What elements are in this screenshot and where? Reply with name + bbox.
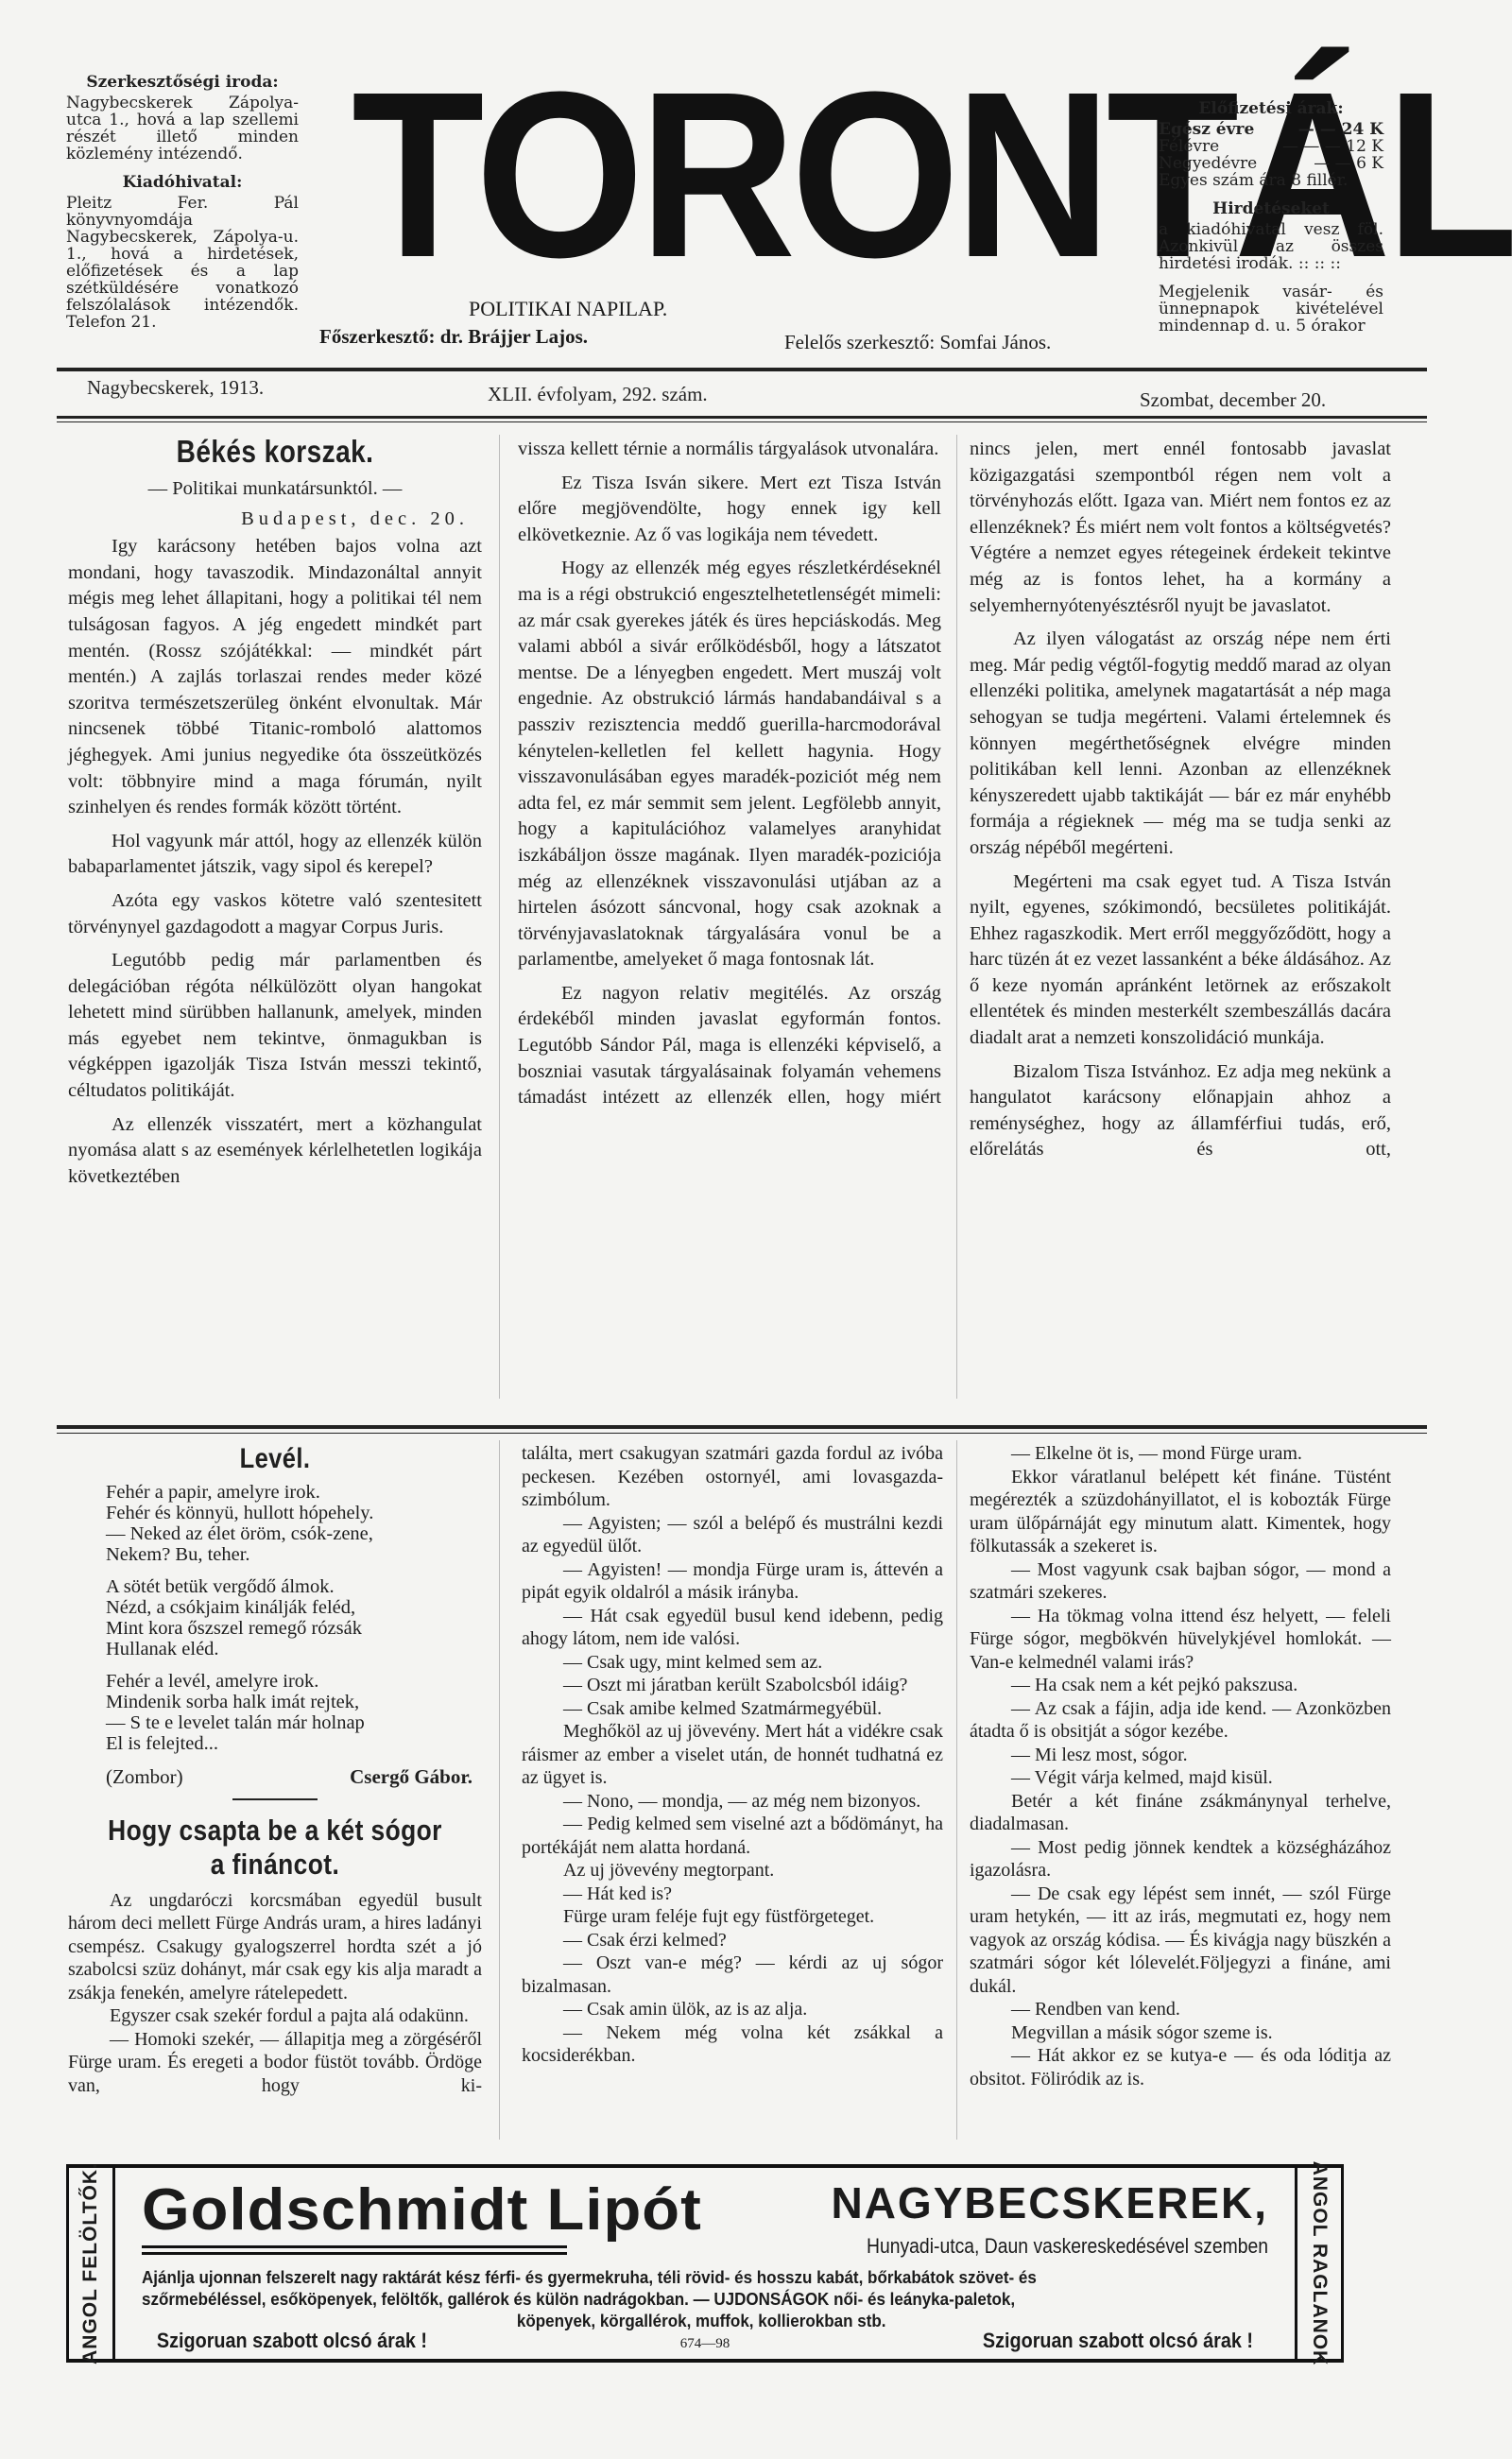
poem-place: (Zombor) (106, 1765, 183, 1789)
subscription-row: Félévre— — — 12 K (1159, 138, 1383, 155)
paragraph: — Csak ugy, mint kelmed sem az. (522, 1651, 943, 1675)
paragraph: vissza kellett térnie a normális tárgyal… (518, 437, 941, 463)
publication-schedule: Megjelenik vasár- és ünnepnapok kivételé… (1159, 284, 1383, 335)
paragraph: — Pedig kelmed sem viselné azt a bődömán… (522, 1813, 943, 1859)
ad-double-rule (142, 2245, 567, 2255)
paragraph: — Csak amibe kelmed Szatmármegyébül. (522, 1697, 943, 1721)
paragraph: Egyszer csak szekér fordul a pajta alá o… (68, 2004, 482, 2028)
paragraph: — De csak egy lépést sem innét, — szól F… (970, 1883, 1391, 1999)
paragraph: találta, mert csakugyan szatmári gazda f… (522, 1442, 943, 1512)
paragraph: — Most pedig jönnek kendtek a községházá… (970, 1836, 1391, 1883)
poem-title: Levél. (99, 1440, 451, 1478)
ad-line: szőrmebéléssel, esőköpenyek, felöltők, g… (142, 2288, 1261, 2310)
paragraph: Az uj jövevény megtorpant. (522, 1859, 943, 1883)
paragraph: — Elkelne öt is, — mond Fürge uram. (970, 1442, 1391, 1466)
lower-col1: Levél. Fehér a papir, amelyre irok. Fehé… (68, 1440, 482, 2097)
single-issue-price: Egyes szám ára 8 fillér. (1159, 172, 1383, 189)
responsible-editor: Felelős szerkesztő: Somfai János. (784, 331, 1051, 354)
volume-issue: XLII. évfolyam, 292. szám. (488, 383, 708, 406)
paragraph: Megérteni ma csak egyet tud. A Tisza Ist… (970, 869, 1391, 1052)
poem-signature: (Zombor) Csergő Gábor. (68, 1765, 482, 1789)
paragraph: — Csak érzi kelmed? (522, 1929, 943, 1952)
ad-description: Ajánlja ujonnan felszerelt nagy raktárát… (142, 2266, 1261, 2331)
paragraph: Az ilyen válogatást az ország népe nem é… (970, 627, 1391, 861)
article-main-col2: vissza kellett térnie a normális tárgyal… (518, 437, 941, 1119)
ad-body: Goldschmidt Lipót NAGYBECSKEREK, Hunyadi… (142, 2168, 1268, 2359)
chief-editor: Főszerkesztő: dr. Brájjer Lajos. (319, 325, 588, 349)
article-main-col3: nincs jelen, mert ennél fontosabb javasl… (970, 437, 1391, 1171)
column-divider (499, 1440, 500, 2140)
paragraph: — Most vagyunk csak bajban sógor, — mond… (970, 1558, 1391, 1605)
column-divider (956, 435, 957, 1399)
paragraph: — Végit várja kelmed, majd kisül. (970, 1766, 1391, 1790)
paragraph: Bizalom Tisza Istvánhoz. Ez adja meg nek… (970, 1059, 1391, 1163)
section-rule (57, 1425, 1427, 1429)
subscription-row: Egész évre— — 24 K (1159, 121, 1383, 138)
paragraph: — Nono, — mondja, — az még nem bizonyos. (522, 1790, 943, 1814)
article-main-col1: Békés korszak. — Politikai munkatársunkt… (68, 433, 482, 1197)
editorial-office-box: Szerkesztőségi iroda: Nagybecskerek Zápo… (66, 74, 299, 342)
paragraph: — Agyisten; — szól a belépő és mustrálni… (522, 1512, 943, 1558)
paragraph: nincs jelen, mert ennél fontosabb javasl… (970, 437, 1391, 619)
ad-right-band: ANGOL RAGLANOK (1295, 2168, 1344, 2359)
subscription-title: Előfizetési árak: (1159, 100, 1383, 117)
paragraph: Betér a két fináne zsákmánynyal terhelve… (970, 1790, 1391, 1836)
short-divider (232, 1798, 318, 1800)
paragraph: Meghőköl az uj jövevény. Mert hát a vidé… (522, 1720, 943, 1790)
paragraph: Igy karácsony hetében bajos volna azt mo… (68, 534, 482, 821)
column-divider (499, 435, 500, 1399)
story-col2: találta, mert csakugyan szatmári gazda f… (522, 1442, 943, 2068)
paragraph: — Mi lesz most, sógor. (970, 1744, 1391, 1767)
story-title: Hogy csapta be a két sógor a fináncot. (99, 1814, 451, 1882)
paragraph: — Homoki szekér, — állapitja meg a zörgé… (68, 2028, 482, 2098)
paragraph: — Rendben van kend. (970, 1998, 1391, 2021)
paragraph: — Agyisten! — mondja Fürge uram is, átte… (522, 1558, 943, 1605)
poem-stanza: Fehér a papir, amelyre irok. Fehér és kö… (106, 1482, 482, 1565)
subscription-row: Negyedévre— — 6 K (1159, 155, 1383, 172)
masthead-title: TORONTÁL (352, 76, 1064, 274)
paragraph: Megvillan a másik sógor szeme is. (970, 2021, 1391, 2045)
poem-body: Fehér a papir, amelyre irok. Fehér és kö… (68, 1482, 482, 1754)
ad-left-vertical-text: ANGOL FELÖLTŐK. (79, 2162, 102, 2364)
paragraph: Ez Tisza Isván sikere. Mert ezt Tisza Is… (518, 471, 941, 549)
ad-code: 674—98 (680, 2336, 730, 2352)
paragraph: — Hát csak egyedül busul kend idebenn, p… (522, 1605, 943, 1651)
paragraph: Azóta egy vaskos kötetre való szentesite… (68, 888, 482, 940)
section-rule-thin (57, 1433, 1427, 1434)
paragraph: Ekkor váratlanul belépett két fináne. Tü… (970, 1466, 1391, 1558)
ad-slogan-right: Szigoruan szabott olcsó árak ! (983, 2329, 1253, 2353)
poem-stanza: A sötét betük vergődő álmok. Nézd, a csó… (106, 1576, 482, 1659)
paragraph: Az ungdaróczi korcsmában egyedül busult … (68, 1889, 482, 2005)
article-byline: — Politikai munkatársunktól. — (68, 476, 482, 503)
header-rule-bottom (57, 416, 1427, 419)
subscription-box: Előfizetési árak: Egész évre— — 24 K Fél… (1159, 100, 1383, 335)
paragraph: Ez nagyon relativ megitélés. Az ország é… (518, 981, 941, 1111)
ad-brand-name: Goldschmidt Lipót (142, 2177, 702, 2244)
paragraph: — Az csak a fájin, adja ide kend. — Azon… (970, 1697, 1391, 1744)
ad-address: Hunyadi-utca, Daun vaskereskedésével sze… (867, 2234, 1268, 2259)
paragraph: Fürge uram feléje fujt egy füstförgetege… (522, 1905, 943, 1929)
ad-footer: Szigoruan szabott olcsó árak ! 674—98 Sz… (142, 2329, 1268, 2353)
ad-slogan-left: Szigoruan szabott olcsó árak ! (157, 2329, 427, 2353)
masthead-subtitle: POLITIKAI NAPILAP. (469, 297, 667, 321)
header-rule-thin (57, 421, 1427, 422)
story-col3: — Elkelne öt is, — mond Fürge uram. Ekko… (970, 1442, 1391, 2090)
ads-info-text: a kiadóhivatal vesz föl. Azonkivül az ös… (1159, 221, 1383, 272)
place-year: Nagybecskerek, 1913. (87, 376, 264, 400)
advertisement-box: ANGOL FELÖLTŐK. Goldschmidt Lipót NAGYBE… (66, 2164, 1344, 2363)
paragraph: — Oszt van-e még? — kérdi az uj sógor bi… (522, 1952, 943, 1998)
paragraph: — Oszt mi járatban került Szabolcsból id… (522, 1674, 943, 1697)
paragraph: — Ha csak nem a két pejkó pakszusa. (970, 1674, 1391, 1697)
article-title: Békés korszak. (99, 433, 451, 471)
article-dateline: Budapest, dec. 20. (68, 507, 482, 533)
issue-date: Szombat, december 20. (1140, 388, 1326, 412)
header-rule-top (57, 368, 1427, 371)
editorial-office-title: Szerkesztőségi iroda: (66, 74, 299, 91)
editorial-office-text: Nagybecskerek Zápolya-utca 1., hová a la… (66, 95, 299, 163)
paragraph: Az ellenzék visszatért, mert a közhangul… (68, 1112, 482, 1191)
ads-info-title: Hirdetéseket (1159, 200, 1383, 217)
column-divider (956, 1440, 957, 2140)
paragraph: — Hát akkor ez se kutya-e — és oda lódit… (970, 2044, 1391, 2090)
ad-city: NAGYBECSKEREK, (831, 2179, 1268, 2227)
paragraph: Hol vagyunk már attól, hogy az ellenzék … (68, 829, 482, 881)
ad-line: Ajánlja ujonnan felszerelt nagy raktárát… (142, 2266, 1261, 2288)
publishing-office-text: Pleitz Fer. Pál könyvnyomdája Nagybecske… (66, 195, 299, 331)
ad-left-band: ANGOL FELÖLTŐK. (66, 2168, 115, 2359)
paragraph: — Ha tökmag volna ittend ész helyett, — … (970, 1605, 1391, 1675)
paragraph: Legutóbb pedig már parlamentben és deleg… (68, 948, 482, 1105)
paragraph: — Nekem még volna két zsákkal a kocsider… (522, 2021, 943, 2068)
publishing-office-title: Kiadóhivatal: (66, 174, 299, 191)
ad-right-vertical-text: ANGOL RAGLANOK (1308, 2161, 1331, 2366)
poem-author: Csergő Gábor. (350, 1765, 472, 1789)
paragraph: Hogy az ellenzék még egyes részletkérdés… (518, 556, 941, 973)
paragraph: — Csak amin ülök, az is az alja. (522, 1998, 943, 2021)
poem-stanza: Fehér a levél, amelyre irok. Mindenik so… (106, 1671, 482, 1754)
paragraph: — Hát ked is? (522, 1883, 943, 1906)
